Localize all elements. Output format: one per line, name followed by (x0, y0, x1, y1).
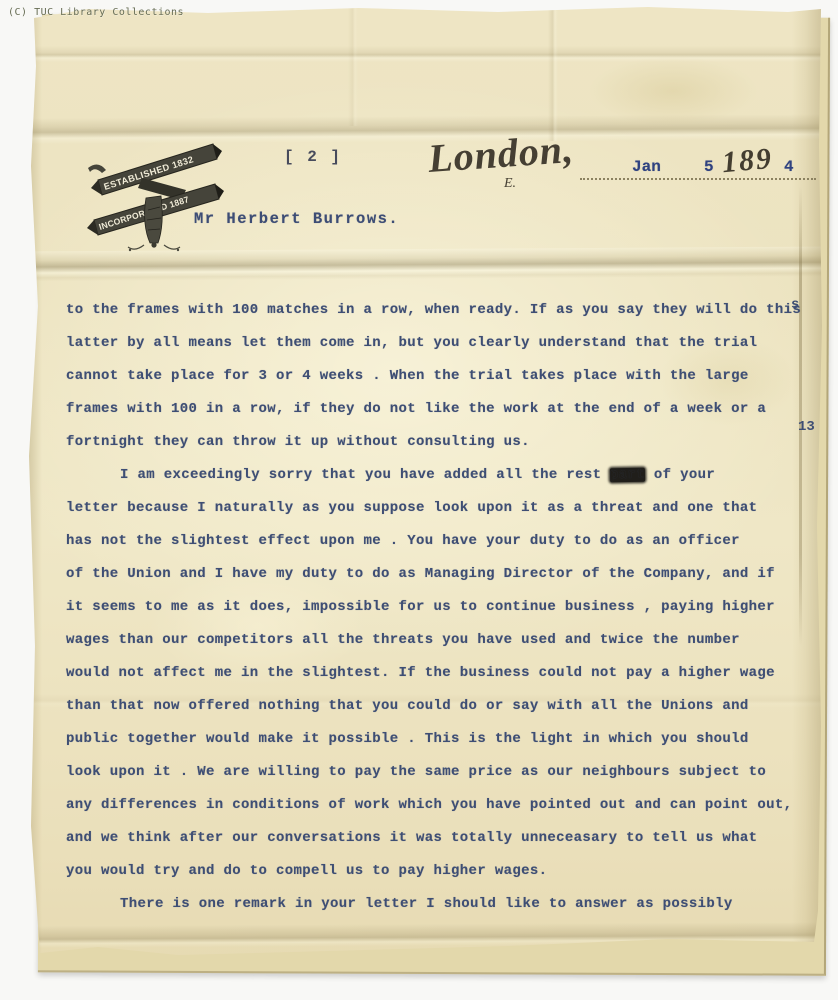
date-year-printed: 189 (721, 142, 775, 180)
letter-line: latter by all means let them come in, bu… (66, 327, 820, 360)
line-text: of your (645, 467, 715, 483)
letterhead-ribbon-emblem: ESTABLISHED 1832 INCORPORATED 1887 (86, 132, 238, 256)
page-number: [ 2 ] (284, 148, 342, 166)
letter-line: frames with 100 in a row, if they do not… (66, 393, 820, 426)
vertical-crease (548, 6, 558, 141)
letter-line: I am exceedingly sorry that you have add… (66, 459, 820, 492)
vertical-crease (348, 6, 358, 126)
letter-line: than that now offered nothing that you c… (66, 690, 820, 723)
ribbon-incorporated-text: INCORPORATED 1887 (98, 194, 191, 232)
edge-text-fragment: s (791, 297, 799, 313)
recipient-line: Mr Herbert Burrows. (194, 210, 399, 228)
edge-text-fragment: 13 (798, 419, 815, 435)
letter-line: cannot take place for 3 or 4 weeks . Whe… (66, 360, 820, 393)
letter-line: has not the slightest effect upon me . Y… (66, 525, 820, 558)
letter-line: letter because I naturally as you suppos… (66, 492, 820, 525)
letter-sheet: ESTABLISHED 1832 INCORPORATED 1887 [ 2 ]… (28, 6, 822, 968)
letter-body: to the frames with 100 matches in a row,… (66, 294, 820, 921)
letter-line: public together would make it possible .… (66, 723, 820, 756)
paper-stain (588, 56, 758, 126)
letterhead-city: London, (427, 125, 576, 182)
line-text: I am exceedingly sorry that you have add… (120, 467, 610, 483)
fold-crease (28, 46, 822, 62)
ribbon-flourish (88, 164, 106, 173)
letter-line: look upon it . We are willing to pay the… (66, 756, 820, 789)
date-year-typed: 4 (784, 158, 794, 176)
letter-line: wages than our competitors all the threa… (66, 624, 820, 657)
letter-line: to the frames with 100 matches in a row,… (66, 294, 820, 327)
struck-out-word: part (610, 468, 645, 483)
letter-line: any differences in conditions of work wh… (66, 789, 820, 822)
letter-line: and we think after our conversations it … (66, 822, 820, 855)
date-day: 5 (704, 158, 714, 176)
paper-edge-shadow (28, 6, 42, 968)
letterhead-district: E. (504, 176, 516, 192)
letter-line: of the Union and I have my duty to do as… (66, 558, 820, 591)
library-watermark: (C) TUC Library Collections (8, 7, 184, 18)
letter-line: fortnight they can throw it up without c… (66, 426, 820, 459)
letter-line: would not affect me in the slightest. If… (66, 657, 820, 690)
letter-line: you would try and do to compell us to pa… (66, 855, 820, 888)
scanned-letter-page: (C) TUC Library Collections ESTABLISHED … (0, 0, 838, 1000)
letter-line: it seems to me as it does, impossible fo… (66, 591, 820, 624)
letter-line: There is one remark in your letter I sho… (66, 888, 820, 921)
date-dotted-rule (580, 176, 816, 180)
date-month: Jan (632, 158, 661, 176)
